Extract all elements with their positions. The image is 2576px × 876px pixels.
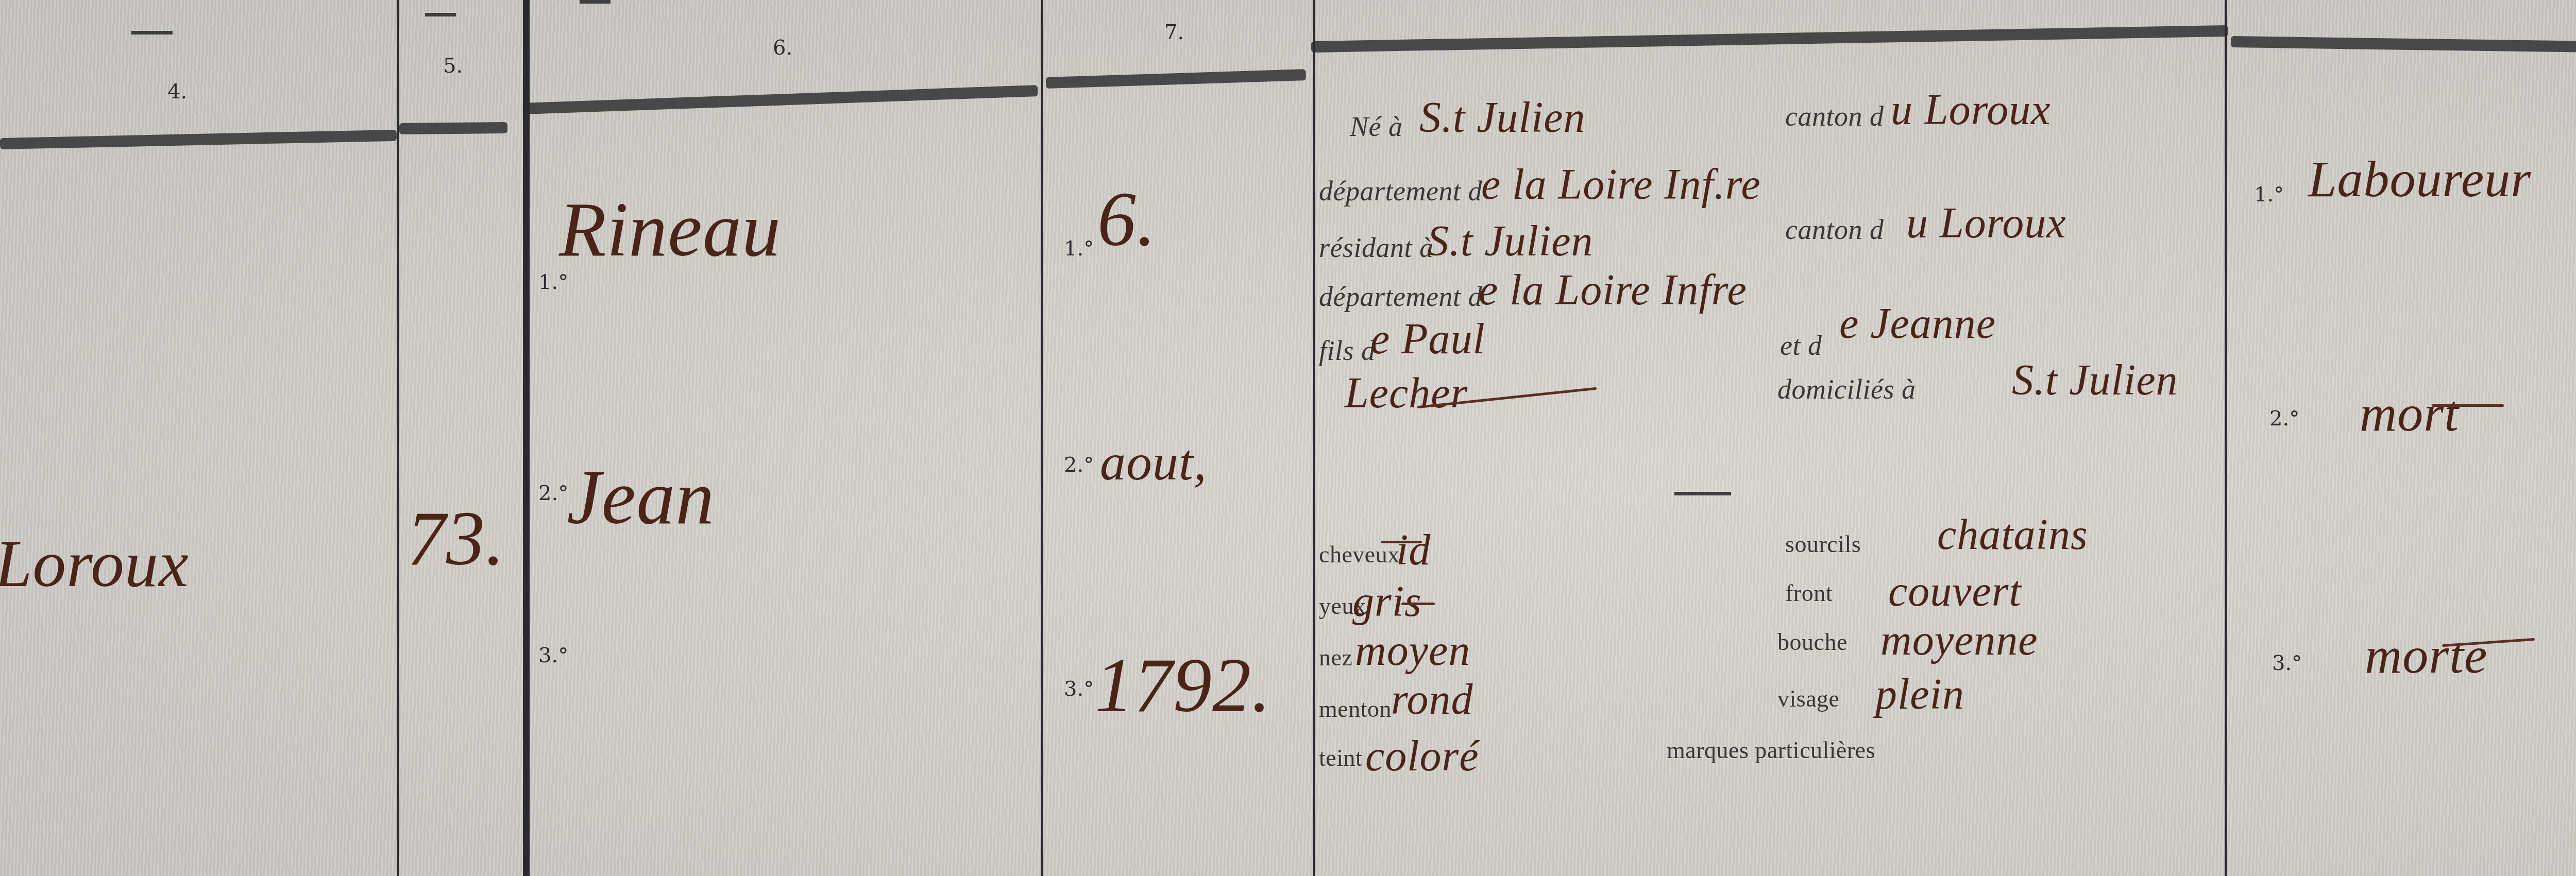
header-rule (1311, 25, 2228, 53)
mother-name: e Jeanne (1839, 299, 1996, 349)
hair-value: id (1396, 525, 1431, 575)
father-name: e Paul (1370, 314, 1485, 364)
nose-label: nez (1319, 644, 1352, 671)
col9-mother-status: morte (2365, 626, 2487, 685)
col7-month: aout, (1100, 433, 1207, 492)
col9-ordinal-1: 1.° (2254, 183, 2284, 207)
face-label: visage (1777, 685, 1840, 712)
col9-ordinal-2: 2.° (2269, 407, 2299, 431)
canton-value-1: u Loroux (1891, 85, 2051, 135)
col5-number: 73. (407, 494, 505, 583)
complexion-value: coloré (1365, 731, 1479, 781)
and-of-label: et d (1780, 330, 1822, 362)
eyebrows-value: chatains (1937, 510, 2088, 560)
col6-ordinal-2: 2.° (538, 482, 568, 505)
residing-at-label: résidant à (1319, 232, 1434, 264)
chin-label: menton (1319, 695, 1392, 723)
canton-value-2: u Loroux (1906, 198, 2066, 248)
header-rule (2231, 36, 2576, 55)
col4-canton: Loroux (0, 525, 189, 603)
column-divider (523, 0, 530, 876)
forehead-label: front (1785, 579, 1833, 607)
header-dash (580, 0, 611, 4)
line-filler (1401, 603, 1435, 605)
col6-firstname: Jean (567, 453, 715, 542)
domiciled-at-label: domiciliés à (1777, 373, 1916, 405)
complexion-label: teint (1319, 744, 1362, 771)
col7-ordinal-1: 1.° (1064, 237, 1094, 261)
mouth-value: moyenne (1880, 615, 2038, 665)
column-header-7: 7. (1164, 21, 1184, 44)
col7-year: 1792. (1095, 641, 1272, 730)
header-rule (523, 85, 1038, 114)
nose-value: moyen (1355, 626, 1470, 676)
header-dash (131, 31, 173, 35)
col7-ordinal-2: 2.° (1064, 453, 1094, 477)
column-divider (1313, 0, 1315, 876)
column-header-6: 6. (773, 36, 792, 60)
residing-at-value: S.t Julien (1427, 216, 1594, 266)
forehead-value: couvert (1888, 566, 2022, 616)
col9-ordinal-3: 3.° (2272, 651, 2302, 675)
eyes-value: gris (1352, 577, 1422, 627)
line-filler (1381, 541, 1422, 543)
header-rule (0, 130, 397, 149)
son-of-label: fils d (1319, 335, 1376, 367)
face-value: plein (1875, 669, 1964, 719)
born-at-label: Né à (1350, 111, 1403, 143)
column-header-5: 5. (443, 54, 463, 78)
canton-label-1: canton d (1785, 100, 1884, 132)
col7-ordinal-3: 3.° (1064, 677, 1094, 701)
canton-label-2: canton d (1785, 214, 1884, 246)
col6-ordinal-3: 3.° (538, 644, 568, 667)
chin-value: rond (1391, 675, 1473, 725)
column-divider (2225, 0, 2227, 876)
department-value-1: e la Loire Inf.re (1481, 160, 1761, 210)
department-label-1: département d (1319, 175, 1482, 207)
mouth-label: bouche (1777, 628, 1848, 656)
column-divider (397, 0, 399, 876)
col9-profession: Laboureur (2308, 149, 2531, 209)
line-filler (2432, 404, 2504, 407)
col7-day: 6. (1097, 175, 1157, 264)
section-separator (1674, 492, 1731, 495)
column-header-4: 4. (167, 80, 187, 104)
domiciled-at-value: S.t Julien (2012, 355, 2178, 405)
department-value-2: e la Loire Infre (1479, 265, 1747, 315)
col6-surname: Rineau (559, 185, 781, 274)
born-at-value: S.t Julien (1419, 93, 1586, 143)
col9-father-status: mort (2360, 384, 2459, 443)
distinguishing-marks-label: marques particulières (1667, 736, 1875, 764)
register-page: 4. 5. 6. 7. 10. Loroux 73. 1.° Rineau 2.… (0, 0, 2576, 876)
header-rule (399, 122, 507, 134)
hair-label: cheveux (1319, 541, 1400, 568)
column-divider (1041, 0, 1043, 876)
header-rule (1046, 69, 1306, 89)
header-dash (425, 13, 456, 16)
eyebrows-label: sourcils (1785, 530, 1861, 558)
department-label-2: département d (1319, 281, 1482, 313)
mother-surname: Lecher (1345, 368, 1468, 418)
